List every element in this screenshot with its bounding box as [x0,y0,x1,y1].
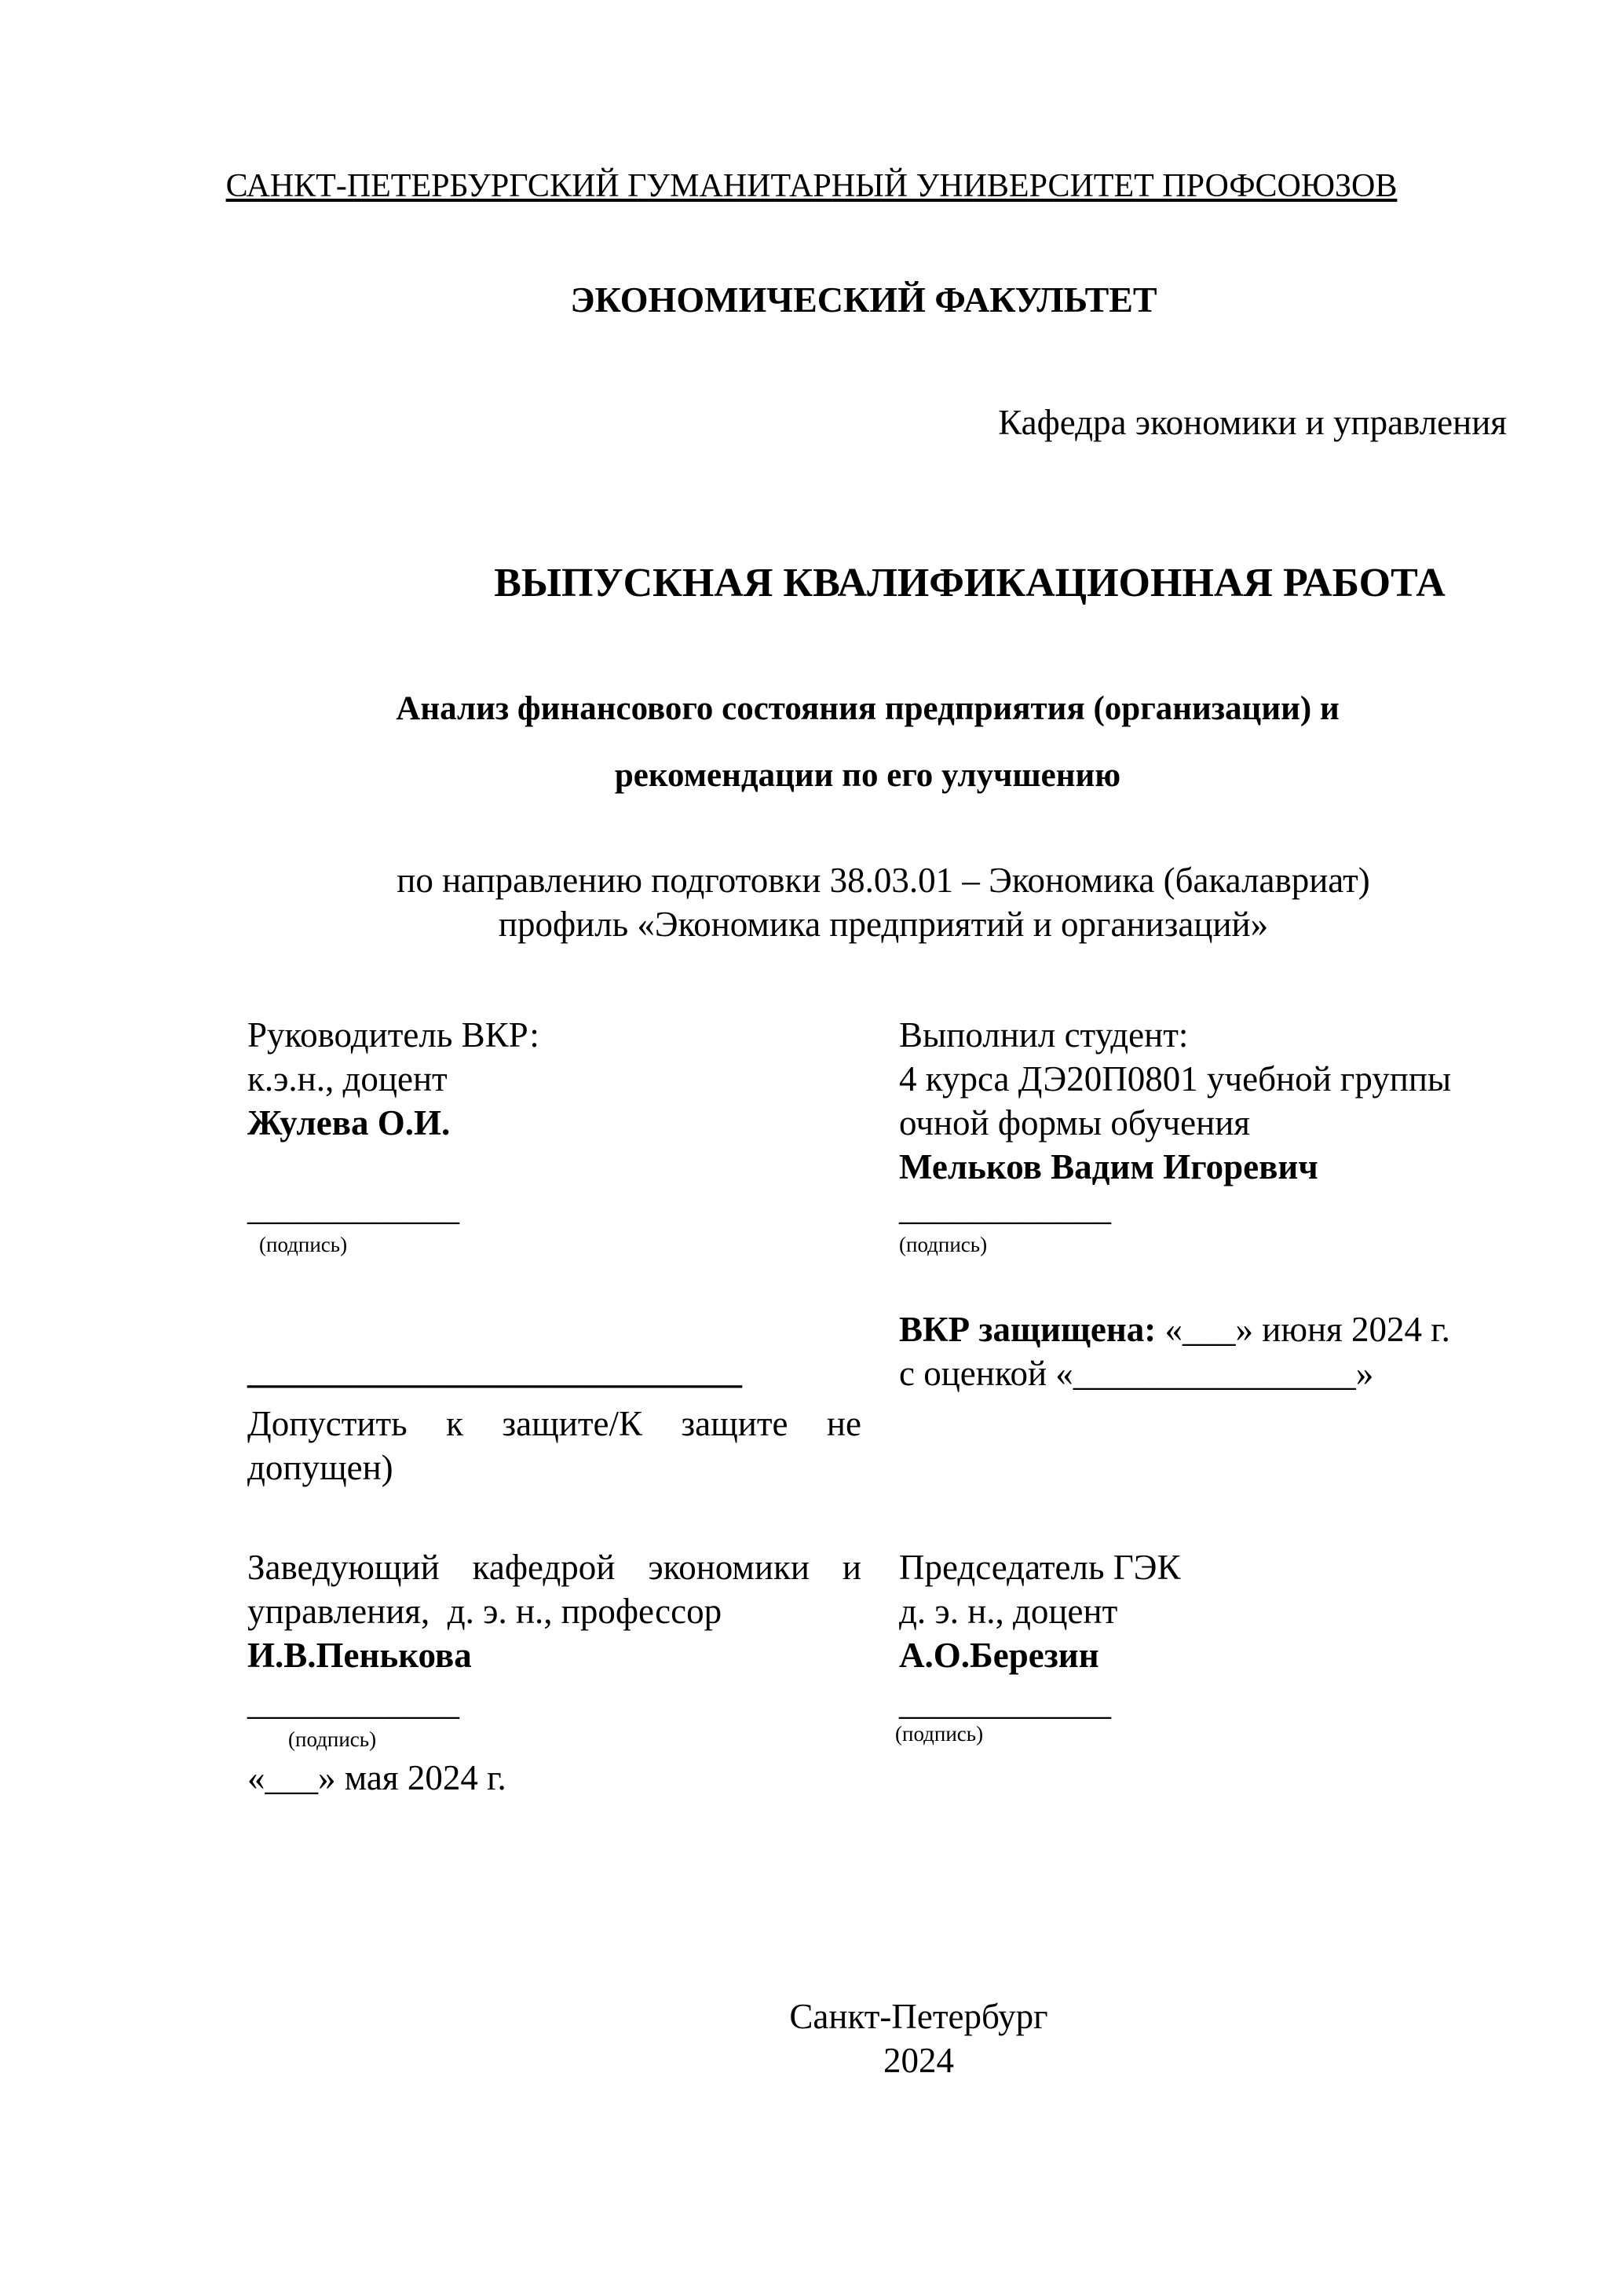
admission-text-1: Допустить к защите/К защите не [247,1402,861,1446]
head-signature-line: ____________ [247,1680,459,1724]
university-name-text: САНКТ-ПЕТЕРБУРГСКИЙ ГУМАНИТАРНЫЙ УНИВЕРС… [226,168,1398,204]
defense-block: ВКР защищена: «___» июня 2024 г. с оценк… [899,1307,1450,1395]
gek-chair-block: Председатель ГЭК д. э. н., доцент А.О.Бе… [899,1545,1180,1677]
student-signature-line: ____________ [899,1186,1111,1230]
head-of-department-block: Заведующий кафедрой экономики и управлен… [247,1545,861,1677]
supervisor-signature-line: ____________ [247,1186,459,1230]
supervisor-degree: к.э.н., доцент [247,1057,539,1101]
admission-block: Допустить к защите/К защите не допущен) [247,1402,861,1490]
student-name: Мельков Вадим Игоревич [899,1145,1451,1189]
university-name: САНКТ-ПЕТЕРБУРГСКИЙ ГУМАНИТАРНЫЙ УНИВЕРС… [0,167,1623,205]
faculty-name: ЭКОНОМИЧЕСКИЙ ФАКУЛЬТЕТ [0,279,1623,320]
footer-city: Санкт-Петербург [0,1994,1623,2038]
defense-date: «___» июня 2024 г. [1156,1310,1450,1349]
gek-signature-line: ____________ [899,1680,1111,1724]
head-name: И.В.Пенькова [247,1633,861,1677]
head-signature-caption: (подпись) [288,1727,376,1752]
study-profile: профиль «Экономика предприятий и организ… [0,904,1623,945]
supervisor-signature-caption: (подпись) [259,1233,347,1257]
student-signature-caption: (подпись) [899,1233,987,1257]
student-form: очной формы обучения [899,1101,1451,1145]
student-block: Выполнил студент: 4 курса ДЭ20П0801 учеб… [899,1013,1451,1189]
department-name: Кафедра экономики и управления [998,402,1507,443]
defense-grade: с оценкой «________________» [899,1351,1450,1395]
student-course: 4 курса ДЭ20П0801 учебной группы [899,1057,1451,1101]
gek-chair-name: А.О.Березин [899,1633,1180,1677]
footer-year: 2024 [0,2038,1623,2082]
study-direction: по направлению подготовки 38.03.01 – Эко… [0,860,1623,901]
admission-line: ____________________________ [247,1349,742,1393]
head-date: «___» мая 2024 г. [247,1756,506,1800]
gek-chair-label: Председатель ГЭК [899,1545,1180,1589]
admission-text-2: допущен) [247,1446,861,1490]
gek-signature-caption: (подпись) [895,1722,983,1746]
head-title-1: Заведующий кафедрой экономики и [247,1545,861,1589]
head-title-2: управления, д. э. н., профессор [247,1589,861,1633]
document-title: ВЫПУСКНАЯ КВАЛИФИКАЦИОННАЯ РАБОТА [0,560,1623,606]
student-label: Выполнил студент: [899,1013,1451,1057]
supervisor-name: Жулева О.И. [247,1101,539,1145]
supervisor-block: Руководитель ВКР: к.э.н., доцент Жулева … [247,1013,539,1145]
supervisor-label: Руководитель ВКР: [247,1013,539,1057]
topic-line-1: Анализ финансового состояния предприятия… [0,689,1623,728]
topic-line-2: рекомендации по его улучшению [0,756,1623,795]
gek-chair-degree: д. э. н., доцент [899,1589,1180,1633]
defense-label: ВКР защищена: [899,1310,1156,1349]
